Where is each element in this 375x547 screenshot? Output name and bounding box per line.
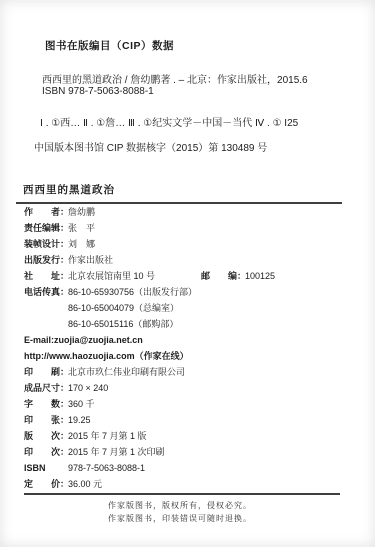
colophon-row-address: 社 址：北京农展馆南里 10 号邮 编：100125 bbox=[24, 268, 360, 284]
colophon-page: 图书在版编目（CIP）数据 西西里的黑道政治 / 詹幼鹏著 . – 北京：作家出… bbox=[0, 0, 375, 547]
row-value: 作家出版社 bbox=[68, 255, 113, 265]
row-label: 电话传真： bbox=[24, 284, 68, 300]
row-value: 刘 娜 bbox=[68, 239, 95, 249]
row-label: 版 次： bbox=[24, 428, 68, 444]
colophon-row-phone-1: 电话传真：86-10-65930756（出版发行部） bbox=[24, 284, 360, 300]
cip-record-number-line: 中国版本图书馆 CIP 数据核字（2015）第 130489 号 bbox=[34, 139, 267, 154]
row-value: 360 千 bbox=[68, 399, 95, 409]
website-text: http://www.haozuojia.com（作家在线） bbox=[24, 351, 189, 361]
colophon-row-edition: 版 次：2015 年 7 月第 1 版 bbox=[24, 428, 360, 444]
colophon-row-designer: 装帧设计：刘 娜 bbox=[24, 236, 360, 252]
cip-classification-line: Ⅰ . ①西… Ⅱ . ①詹… Ⅲ . ①纪实文学－中国－当代 Ⅳ . ① I2… bbox=[40, 114, 298, 129]
row-value: 86-10-65930756（出版发行部） bbox=[68, 287, 197, 297]
row-label: 出版发行： bbox=[24, 252, 68, 268]
row-label: 装帧设计： bbox=[24, 236, 68, 252]
row-value: 北京农展馆南里 10 号 bbox=[68, 271, 155, 281]
email-text: E-mail:zuojia@zuojia.net.cn bbox=[24, 335, 143, 345]
colophon-row-price: 定 价：36.00 元 bbox=[24, 476, 360, 492]
returns-notice: 作家版图书，印装错误可随时退换。 bbox=[0, 512, 360, 525]
colophon-row-printer: 印 刷：北京市玖仁伟业印刷有限公司 bbox=[24, 364, 360, 380]
bottom-divider bbox=[24, 493, 340, 495]
footer-notices: 作家版图书，版权所有，侵权必究。 作家版图书，印装错误可随时退换。 bbox=[0, 499, 360, 525]
cip-data-heading: 图书在版编目（CIP）数据 bbox=[45, 38, 174, 53]
row-value: 2015 年 7 月第 1 版 bbox=[68, 431, 147, 441]
colophon-row-phone-3: 86-10-65015116（邮购部） bbox=[24, 316, 360, 332]
row-label: 字 数： bbox=[24, 396, 68, 412]
cip-title-line: 西西里的黑道政治 / 詹幼鹏著 . – 北京：作家出版社，2015.6 bbox=[42, 71, 308, 86]
colophon-row-email: E-mail:zuojia@zuojia.net.cn bbox=[24, 332, 360, 348]
row-label: 责任编辑： bbox=[24, 220, 68, 236]
book-title: 西西里的黑道政治 bbox=[23, 182, 115, 197]
row-label: 社 址： bbox=[24, 268, 68, 284]
row-label: 作 者： bbox=[24, 204, 68, 220]
row-label-postcode: 邮 编： bbox=[201, 268, 245, 284]
colophon-row-phone-2: 86-10-65004079（总编室） bbox=[24, 300, 360, 316]
row-value: 86-10-65004079（总编室） bbox=[68, 303, 179, 313]
row-label: 印 次： bbox=[24, 444, 68, 460]
copyright-notice: 作家版图书，版权所有，侵权必究。 bbox=[0, 499, 360, 512]
row-value: 86-10-65015116（邮购部） bbox=[68, 319, 178, 329]
row-label: 成品尺寸： bbox=[24, 380, 68, 396]
row-value: 978-7-5063-8088-1 bbox=[68, 463, 145, 473]
row-value: 张 平 bbox=[68, 223, 95, 233]
colophon-row-printing: 印 次：2015 年 7 月第 1 次印刷 bbox=[24, 444, 360, 460]
colophon-row-author: 作 者：詹幼鹏 bbox=[24, 204, 360, 220]
colophon-row-editor: 责任编辑：张 平 bbox=[24, 220, 360, 236]
colophon-row-isbn: ISBN978-7-5063-8088-1 bbox=[24, 460, 360, 476]
row-value: 2015 年 7 月第 1 次印刷 bbox=[68, 447, 165, 457]
colophon-row-size: 成品尺寸：170 × 240 bbox=[24, 380, 360, 396]
row-value: 36.00 元 bbox=[68, 479, 102, 489]
row-label: 印 张： bbox=[24, 412, 68, 428]
row-value: 詹幼鹏 bbox=[68, 207, 95, 217]
cip-isbn-line: ISBN 978-7-5063-8088-1 bbox=[42, 86, 154, 97]
row-label: 定 价： bbox=[24, 476, 68, 492]
colophon-row-sheets: 印 张：19.25 bbox=[24, 412, 360, 428]
row-value: 北京市玖仁伟业印刷有限公司 bbox=[68, 367, 185, 377]
row-label-isbn: ISBN bbox=[24, 460, 68, 476]
row-value: 170 × 240 bbox=[68, 383, 108, 393]
colophon-row-word-count: 字 数：360 千 bbox=[24, 396, 360, 412]
colophon-row-publisher: 出版发行：作家出版社 bbox=[24, 252, 360, 268]
row-value: 19.25 bbox=[68, 415, 91, 425]
colophon-rows: 作 者：詹幼鹏 责任编辑：张 平 装帧设计：刘 娜 出版发行：作家出版社 社 址… bbox=[24, 204, 360, 492]
row-label: 印 刷： bbox=[24, 364, 68, 380]
row-value-postcode: 100125 bbox=[245, 271, 275, 281]
colophon-row-website: http://www.haozuojia.com（作家在线） bbox=[24, 348, 360, 364]
